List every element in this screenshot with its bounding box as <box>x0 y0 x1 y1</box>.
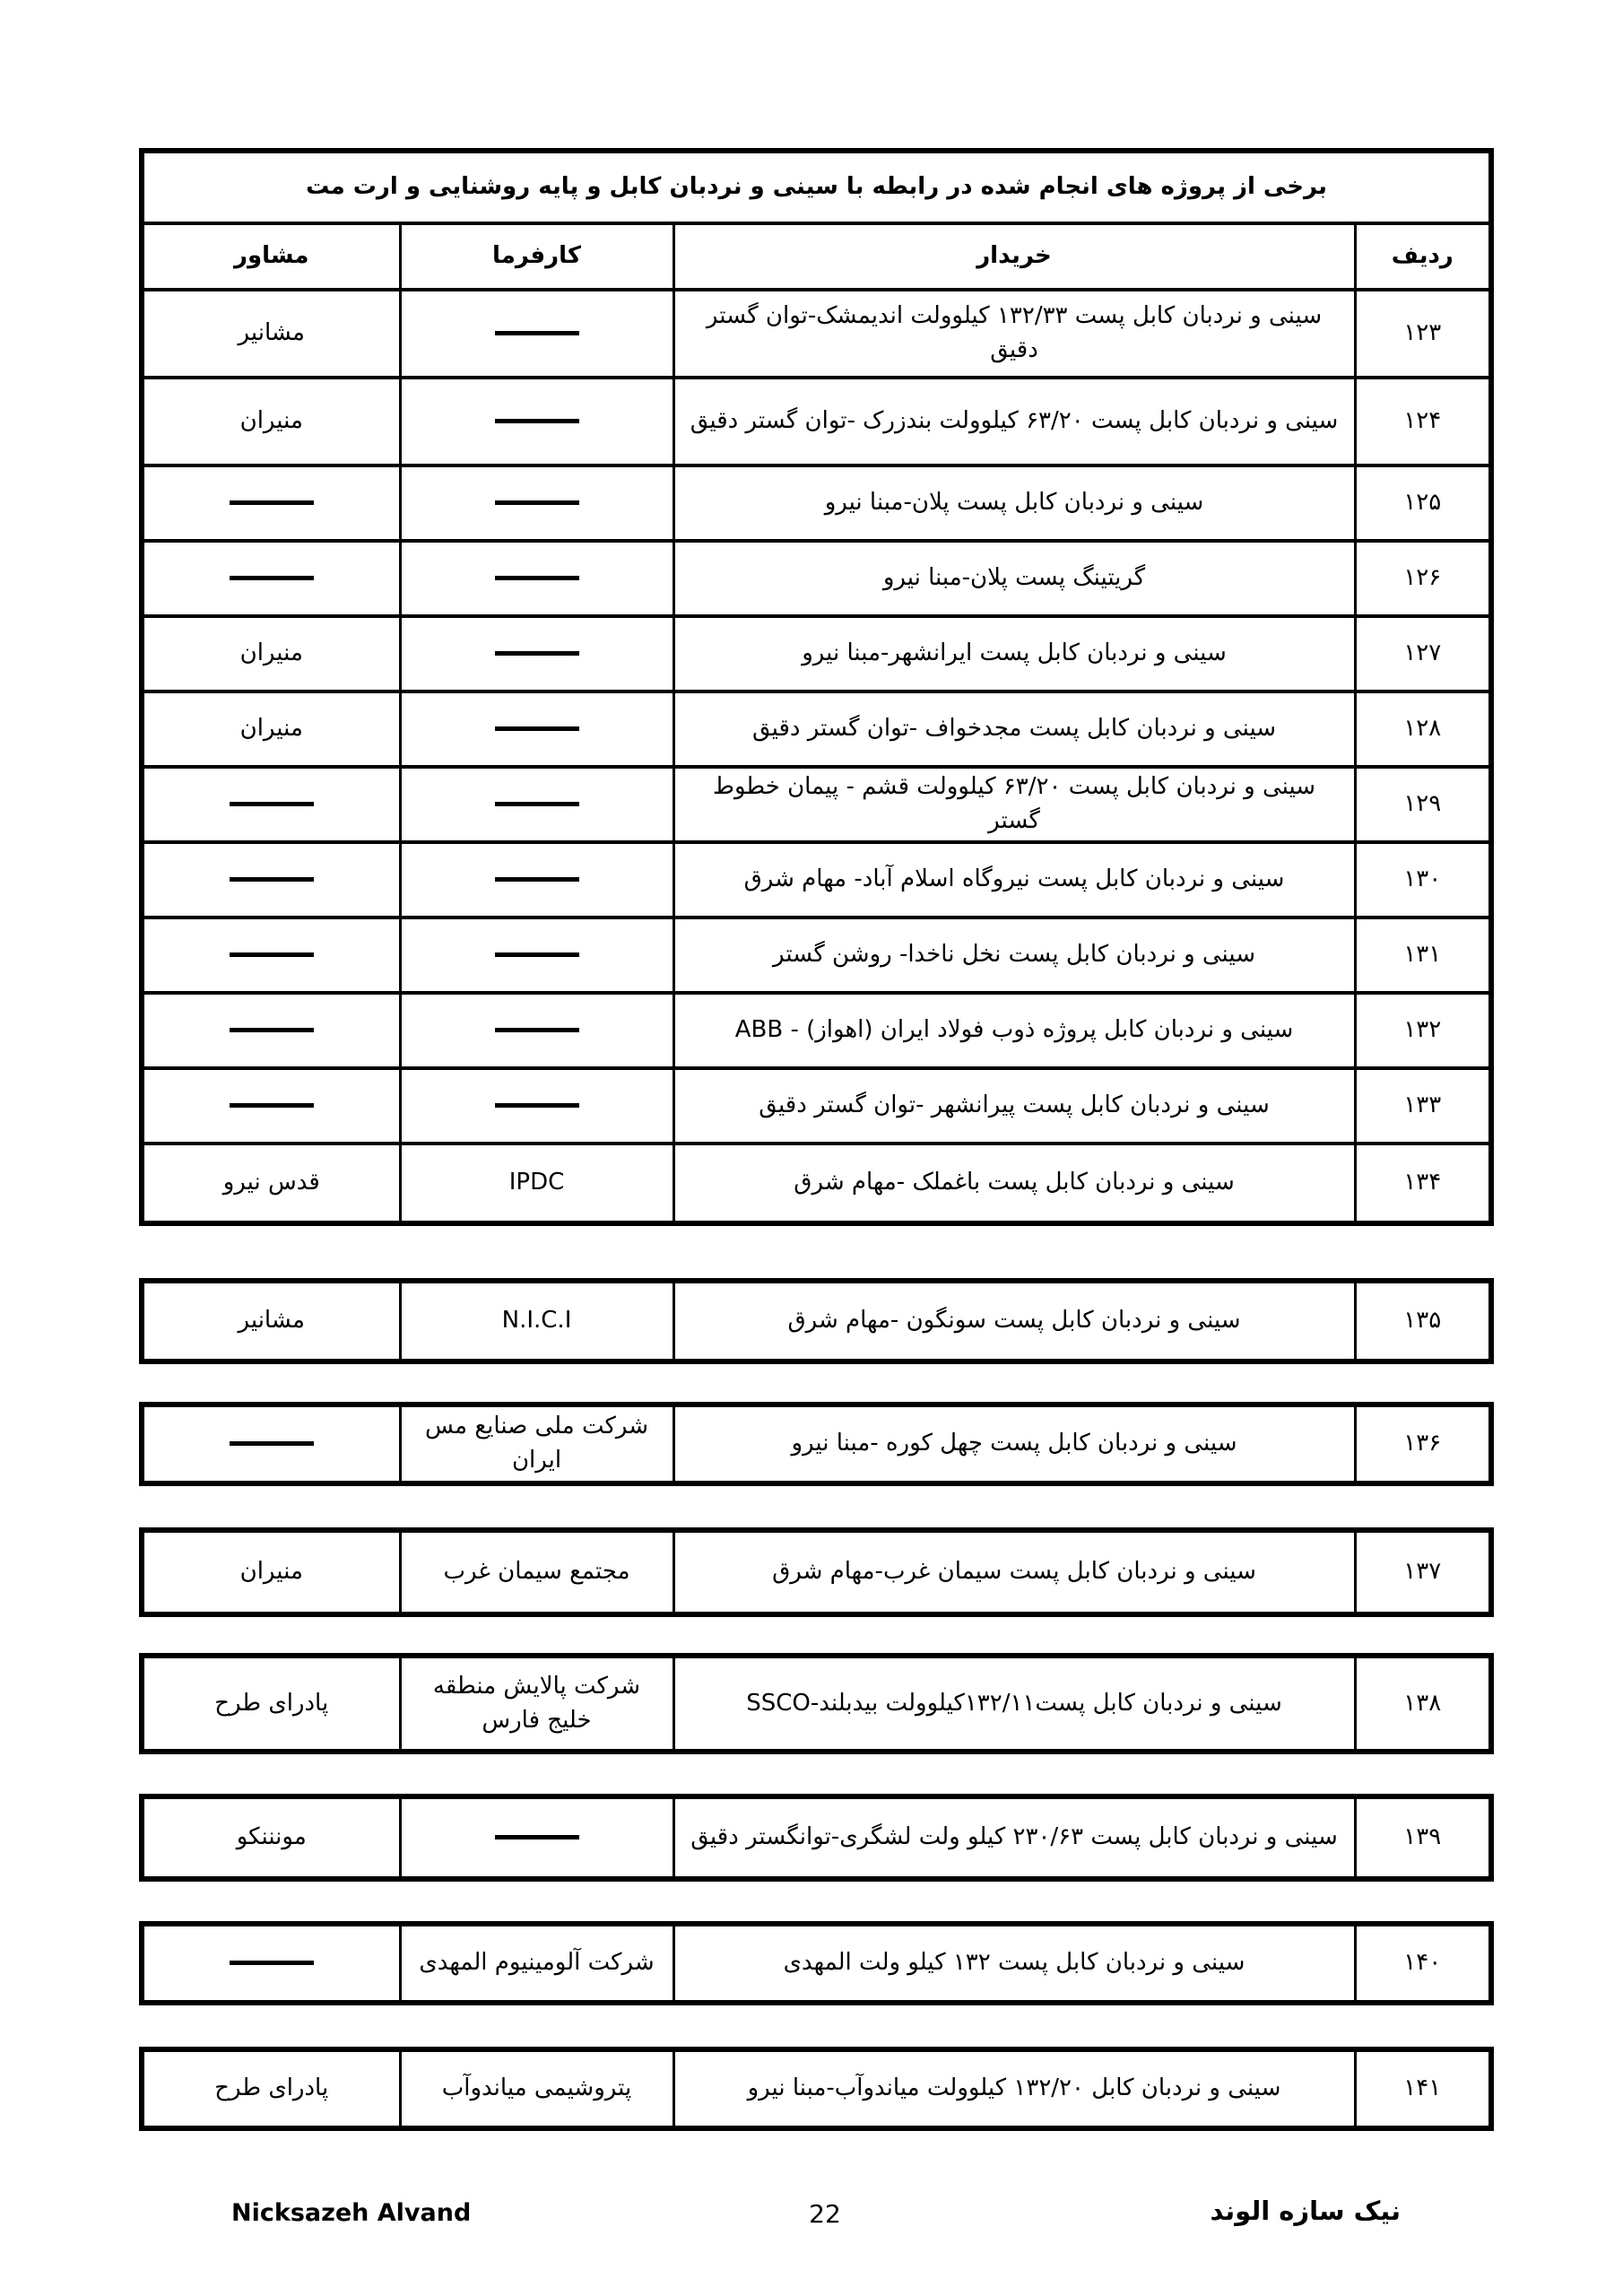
buyer-cell: سینی و نردبان کابل پست نیروگاه اسلام آبا… <box>673 842 1355 918</box>
client-cell <box>400 616 673 691</box>
table-row: ۱۴۰سینی و نردبان کابل پست ۱۳۲ کیلو ولت ا… <box>142 1924 1491 2003</box>
table-title-row: برخی از پروژه های انجام شده در رابطه با … <box>142 151 1491 223</box>
table-row: ۱۳۴سینی و نردبان کابل پست باغملک -مهام ش… <box>142 1144 1491 1223</box>
buyer-cell: سینی و نردبان کابل پست مجدخواف -توان گست… <box>673 691 1355 767</box>
buyer-cell: سینی و نردبان کابل پست پیرانشهر -توان گس… <box>673 1068 1355 1144</box>
consultant-cell <box>142 1924 400 2003</box>
client-cell <box>400 1068 673 1144</box>
empty-value-dash <box>495 500 579 505</box>
buyer-cell: سینی و نردبان کابل ۱۳۲/۲۰ کیلوولت میاندو… <box>673 2049 1355 2128</box>
empty-value-dash <box>230 952 314 957</box>
table-row: ۱۲۷سینی و نردبان کابل پست ایرانشهر-مبنا … <box>142 616 1491 691</box>
header-client: کارفرما <box>400 223 673 290</box>
client-cell <box>400 993 673 1068</box>
row-number-cell: ۱۳۲ <box>1355 993 1491 1068</box>
empty-value-dash <box>495 419 579 423</box>
header-buyer: خریدار <box>673 223 1355 290</box>
client-cell: N.I.C.I <box>400 1281 673 1361</box>
buyer-cell: سینی و نردبان کابل پست سیمان غرب-مهام شر… <box>673 1530 1355 1614</box>
empty-value-dash <box>495 1028 579 1032</box>
client-cell <box>400 918 673 993</box>
row-number-cell: ۱۳۰ <box>1355 842 1491 918</box>
empty-value-dash <box>230 1103 314 1108</box>
consultant-cell: منیران <box>142 616 400 691</box>
row-number-cell: ۱۴۱ <box>1355 2049 1491 2128</box>
consultant-cell: پادرای طرح <box>142 1656 400 1752</box>
row-number-cell: ۱۳۷ <box>1355 1530 1491 1614</box>
consultant-cell <box>142 1068 400 1144</box>
projects-table-row-139: ۱۳۹سینی و نردبان کابل پست ۲۳۰/۶۳ کیلو ول… <box>139 1794 1494 1882</box>
empty-value-dash <box>230 576 314 580</box>
table-row: ۱۲۳سینی و نردبان کابل پست ۱۳۲/۳۳ کیلوولت… <box>142 290 1491 378</box>
empty-value-dash <box>495 726 579 731</box>
buyer-cell: سینی و نردبان کابل پست ایرانشهر-مبنا نیر… <box>673 616 1355 691</box>
header-consultant: مشاور <box>142 223 400 290</box>
empty-value-dash <box>495 952 579 957</box>
consultant-cell: منیران <box>142 1530 400 1614</box>
row-number-cell: ۱۳۸ <box>1355 1656 1491 1752</box>
projects-table-main: برخی از پروژه های انجام شده در رابطه با … <box>139 148 1494 1226</box>
table-row: ۱۲۸سینی و نردبان کابل پست مجدخواف -توان … <box>142 691 1491 767</box>
consultant-cell: مشانیر <box>142 290 400 378</box>
buyer-cell: سینی و نردبان کابل پست نخل ناخدا- روشن گ… <box>673 918 1355 993</box>
client-cell <box>400 691 673 767</box>
header-row-number: ردیف <box>1355 223 1491 290</box>
row-number-cell: ۱۲۸ <box>1355 691 1491 767</box>
table-row: ۱۳۹سینی و نردبان کابل پست ۲۳۰/۶۳ کیلو ول… <box>142 1796 1491 1879</box>
client-cell <box>400 842 673 918</box>
table-row: ۱۳۰سینی و نردبان کابل پست نیروگاه اسلام … <box>142 842 1491 918</box>
row-number-cell: ۱۲۵ <box>1355 465 1491 541</box>
footer-company-name-persian: نیک سازه الوند <box>1211 2196 1402 2226</box>
consultant-cell: منیران <box>142 378 400 465</box>
empty-value-dash <box>495 1103 579 1108</box>
table-row: ۱۳۷سینی و نردبان کابل پست سیمان غرب-مهام… <box>142 1530 1491 1614</box>
empty-value-dash <box>495 651 579 656</box>
buyer-cell: سینی و نردبان کابل پست ۲۳۰/۶۳ کیلو ولت ل… <box>673 1796 1355 1879</box>
consultant-cell: پادرای طرح <box>142 2049 400 2128</box>
consultant-cell <box>142 541 400 616</box>
client-cell: IPDC <box>400 1144 673 1223</box>
buyer-cell: سینی و نردبان کابل پروژه ذوب فولاد ایران… <box>673 993 1355 1068</box>
buyer-cell: گریتینگ پست پلان-مبنا نیرو <box>673 541 1355 616</box>
client-cell <box>400 465 673 541</box>
row-number-cell: ۱۲۳ <box>1355 290 1491 378</box>
table-row: ۱۲۵سینی و نردبان کابل پست پلان-مبنا نیرو <box>142 465 1491 541</box>
table-row: ۱۲۶گریتینگ پست پلان-مبنا نیرو <box>142 541 1491 616</box>
buyer-cell: سینی و نردبان کابل پست ۶۳/۲۰ کیلوولت قشم… <box>673 767 1355 842</box>
projects-table-row-140: ۱۴۰سینی و نردبان کابل پست ۱۳۲ کیلو ولت ا… <box>139 1921 1494 2005</box>
table-row: ۱۳۲سینی و نردبان کابل پروژه ذوب فولاد ای… <box>142 993 1491 1068</box>
buyer-cell: سینی و نردبان کابل پست سونگون -مهام شرق <box>673 1281 1355 1361</box>
row-number-cell: ۱۳۳ <box>1355 1068 1491 1144</box>
empty-value-dash <box>230 1961 314 1965</box>
table-row: ۱۳۶سینی و نردبان کابل پست چهل کوره -مبنا… <box>142 1405 1491 1483</box>
projects-table-row-138: ۱۳۸سینی و نردبان کابل پست۱۳۲/۱۱کیلوولت ب… <box>139 1653 1494 1754</box>
empty-value-dash <box>495 877 579 882</box>
page-number: 22 <box>758 2199 892 2229</box>
consultant-cell <box>142 842 400 918</box>
consultant-cell: مونننکو <box>142 1796 400 1879</box>
projects-table-row-135: ۱۳۵سینی و نردبان کابل پست سونگون -مهام ش… <box>139 1278 1494 1364</box>
client-cell <box>400 541 673 616</box>
table-header-row: ردیف خریدار کارفرما مشاور <box>142 223 1491 290</box>
row-number-cell: ۱۳۴ <box>1355 1144 1491 1223</box>
footer-company-name-english: Nicksazeh Alvand <box>231 2199 471 2227</box>
projects-table-row-136: ۱۳۶سینی و نردبان کابل پست چهل کوره -مبنا… <box>139 1402 1494 1486</box>
empty-value-dash <box>230 802 314 806</box>
consultant-cell <box>142 918 400 993</box>
table-row: ۱۳۱سینی و نردبان کابل پست نخل ناخدا- روش… <box>142 918 1491 993</box>
empty-value-dash <box>495 331 579 335</box>
buyer-cell: سینی و نردبان کابل پست پلان-مبنا نیرو <box>673 465 1355 541</box>
consultant-cell <box>142 767 400 842</box>
table-row: ۱۳۳سینی و نردبان کابل پست پیرانشهر -توان… <box>142 1068 1491 1144</box>
document-page: برخی از پروژه های انجام شده در رابطه با … <box>0 0 1623 2296</box>
table-row: ۱۳۵سینی و نردبان کابل پست سونگون -مهام ش… <box>142 1281 1491 1361</box>
consultant-cell <box>142 1405 400 1483</box>
client-cell <box>400 767 673 842</box>
row-number-cell: ۱۳۱ <box>1355 918 1491 993</box>
buyer-cell: سینی و نردبان کابل پست ۶۳/۲۰ کیلوولت بند… <box>673 378 1355 465</box>
projects-table-row-137: ۱۳۷سینی و نردبان کابل پست سیمان غرب-مهام… <box>139 1527 1494 1617</box>
row-number-cell: ۱۲۶ <box>1355 541 1491 616</box>
buyer-cell: سینی و نردبان کابل پست۱۳۲/۱۱کیلوولت بیدب… <box>673 1656 1355 1752</box>
client-cell: پتروشیمی میاندوآب <box>400 2049 673 2128</box>
table-row: ۱۲۴سینی و نردبان کابل پست ۶۳/۲۰ کیلوولت … <box>142 378 1491 465</box>
empty-value-dash <box>495 802 579 806</box>
buyer-cell: سینی و نردبان کابل پست باغملک -مهام شرق <box>673 1144 1355 1223</box>
empty-value-dash <box>495 576 579 580</box>
table-row: ۱۲۹سینی و نردبان کابل پست ۶۳/۲۰ کیلوولت … <box>142 767 1491 842</box>
row-number-cell: ۱۳۵ <box>1355 1281 1491 1361</box>
empty-value-dash <box>230 1441 314 1446</box>
row-number-cell: ۱۲۷ <box>1355 616 1491 691</box>
projects-table-body: ۱۲۳سینی و نردبان کابل پست ۱۳۲/۳۳ کیلوولت… <box>142 290 1491 1223</box>
client-cell: شرکت پالایش منطقه خلیج فارس <box>400 1656 673 1752</box>
consultant-cell <box>142 993 400 1068</box>
client-cell <box>400 1796 673 1879</box>
empty-value-dash <box>230 1028 314 1032</box>
client-cell: شرکت ملی صنایع مس ایران <box>400 1405 673 1483</box>
row-number-cell: ۱۲۹ <box>1355 767 1491 842</box>
empty-value-dash <box>230 500 314 505</box>
projects-table-row-141: ۱۴۱سینی و نردبان کابل ۱۳۲/۲۰ کیلوولت میا… <box>139 2047 1494 2131</box>
empty-value-dash <box>495 1835 579 1839</box>
row-number-cell: ۱۴۰ <box>1355 1924 1491 2003</box>
buyer-cell: سینی و نردبان کابل پست ۱۳۲ کیلو ولت المه… <box>673 1924 1355 2003</box>
table-row: ۱۴۱سینی و نردبان کابل ۱۳۲/۲۰ کیلوولت میا… <box>142 2049 1491 2128</box>
table-row: ۱۳۸سینی و نردبان کابل پست۱۳۲/۱۱کیلوولت ب… <box>142 1656 1491 1752</box>
client-cell <box>400 290 673 378</box>
consultant-cell: مشانیر <box>142 1281 400 1361</box>
consultant-cell <box>142 465 400 541</box>
table-title: برخی از پروژه های انجام شده در رابطه با … <box>142 151 1491 223</box>
row-number-cell: ۱۳۶ <box>1355 1405 1491 1483</box>
empty-value-dash <box>230 877 314 882</box>
row-number-cell: ۱۲۴ <box>1355 378 1491 465</box>
buyer-cell: سینی و نردبان کابل پست چهل کوره -مبنا نی… <box>673 1405 1355 1483</box>
client-cell: شرکت آلومینیوم المهدی <box>400 1924 673 2003</box>
consultant-cell: منیران <box>142 691 400 767</box>
client-cell <box>400 378 673 465</box>
buyer-cell: سینی و نردبان کابل پست ۱۳۲/۳۳ کیلوولت ان… <box>673 290 1355 378</box>
consultant-cell: قدس نیرو <box>142 1144 400 1223</box>
client-cell: مجتمع سیمان غرب <box>400 1530 673 1614</box>
row-number-cell: ۱۳۹ <box>1355 1796 1491 1879</box>
